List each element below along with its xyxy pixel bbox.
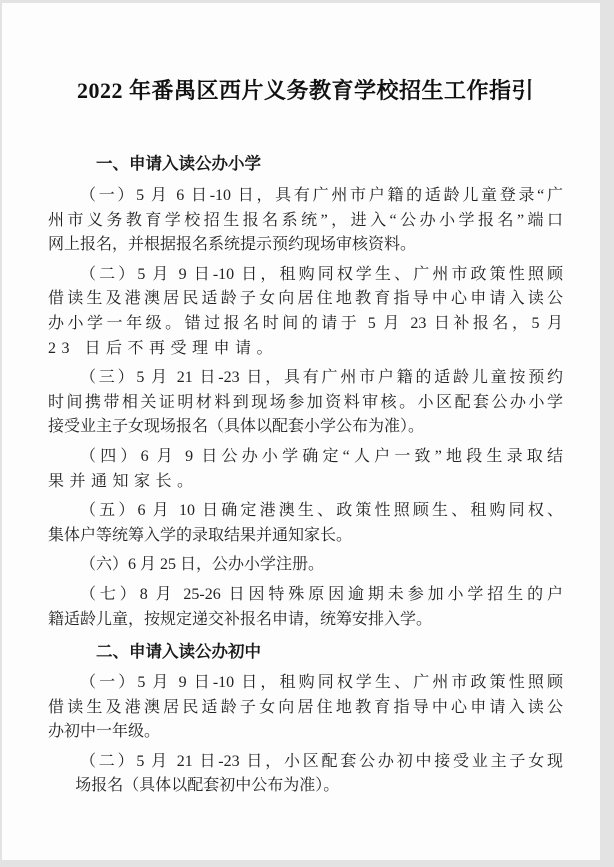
text-line: 果并通知家长。 xyxy=(48,470,563,495)
text-line: 接受业主子女现场报名（具体以配套小学公布为准）。 xyxy=(48,415,563,440)
text-line: （二）5 月 21 日-23 日，小区配套公办初中接受业主子女现 xyxy=(48,750,563,775)
section-2-heading: 二、申请入读公办初中 xyxy=(48,640,563,665)
document-title: 2022 年番禺区西片义务教育学校招生工作指引 xyxy=(48,74,563,108)
section-primary-school: 一、申请入读公办小学 （一）5 月 6 日-10 日，具有广州市户籍的适龄儿童登… xyxy=(48,152,563,632)
paragraph: （四）6 月 9 日公办小学确定“人户一致”地段生录取结果并通知家长。 xyxy=(48,445,563,494)
text-line: 时间携带相关证明材料到现场参加资料审核。小区配套公办小学 xyxy=(48,391,563,416)
paragraph: （六）6 月 25 日，公办小学注册。 xyxy=(48,553,563,578)
text-line: （六）6 月 25 日，公办小学注册。 xyxy=(48,553,563,578)
text-line: 场报名（具体以配套初中公布为准）。 xyxy=(48,774,563,799)
text-line: 籍适龄儿童，按规定递交补报名申请，统筹安排入学。 xyxy=(48,608,563,633)
paragraph: （五）6 月 10 日确定港澳生、政策性照顾生、租购同权、集体户等统筹入学的录取… xyxy=(48,499,563,548)
text-line: 网上报名，并根据报名系统提示预约现场审核资料。 xyxy=(48,233,563,258)
text-line: 23 日后不再受理申请。 xyxy=(48,337,563,362)
text-line: （七）8 月 25-26 日因特殊原因逾期未参加小学招生的户 xyxy=(48,583,563,608)
text-line: 借读生及港澳居民适龄子女向居住地教育指导中心申请入读公 xyxy=(48,696,563,721)
paragraph: （二）5 月 9 日-10 日，租购同权学生、广州市政策性照顾借读生及港澳居民适… xyxy=(48,263,563,361)
text-line: 办小学一年级。错过报名时间的请于 5 月 23 日补报名，5 月 xyxy=(48,312,563,337)
paragraph: （一）5 月 9 日-10 日，租购同权学生、广州市政策性照顾借读生及港澳居民适… xyxy=(48,671,563,745)
paragraph: （三）5 月 21 日-23 日，具有广州市户籍的适龄儿童按预约时间携带相关证明… xyxy=(48,366,563,440)
document-page: 2022 年番禺区西片义务教育学校招生工作指引 一、申请入读公办小学 （一）5 … xyxy=(2,3,600,860)
text-line: （五）6 月 10 日确定港澳生、政策性照顾生、租购同权、 xyxy=(48,499,563,524)
text-line: 借读生及港澳居民适龄子女向居住地教育指导中心申请入读公 xyxy=(48,287,563,312)
paragraph: （一）5 月 6 日-10 日，具有广州市户籍的适龄儿童登录“广州市义务教育学校… xyxy=(48,184,563,258)
text-line: 办初中一年级。 xyxy=(48,720,563,745)
section-1-heading: 一、申请入读公办小学 xyxy=(48,152,563,177)
text-line: 集体户等统筹入学的录取结果并通知家长。 xyxy=(48,524,563,549)
paragraph: （七）8 月 25-26 日因特殊原因逾期未参加小学招生的户籍适龄儿童，按规定递… xyxy=(48,583,563,632)
text-line: （一）5 月 9 日-10 日，租购同权学生、广州市政策性照顾 xyxy=(48,671,563,696)
section-middle-school: 二、申请入读公办初中 （一）5 月 9 日-10 日，租购同权学生、广州市政策性… xyxy=(48,640,563,799)
text-line: （三）5 月 21 日-23 日，具有广州市户籍的适龄儿童按预约 xyxy=(48,366,563,391)
text-line: （四）6 月 9 日公办小学确定“人户一致”地段生录取结 xyxy=(48,445,563,470)
text-line: 州市义务教育学校招生报名系统”，进入“公办小学报名”端口 xyxy=(48,209,563,234)
text-line: （一）5 月 6 日-10 日，具有广州市户籍的适龄儿童登录“广 xyxy=(48,184,563,209)
text-line: （二）5 月 9 日-10 日，租购同权学生、广州市政策性照顾 xyxy=(48,263,563,288)
paragraph: （二）5 月 21 日-23 日，小区配套公办初中接受业主子女现场报名（具体以配… xyxy=(48,750,563,799)
